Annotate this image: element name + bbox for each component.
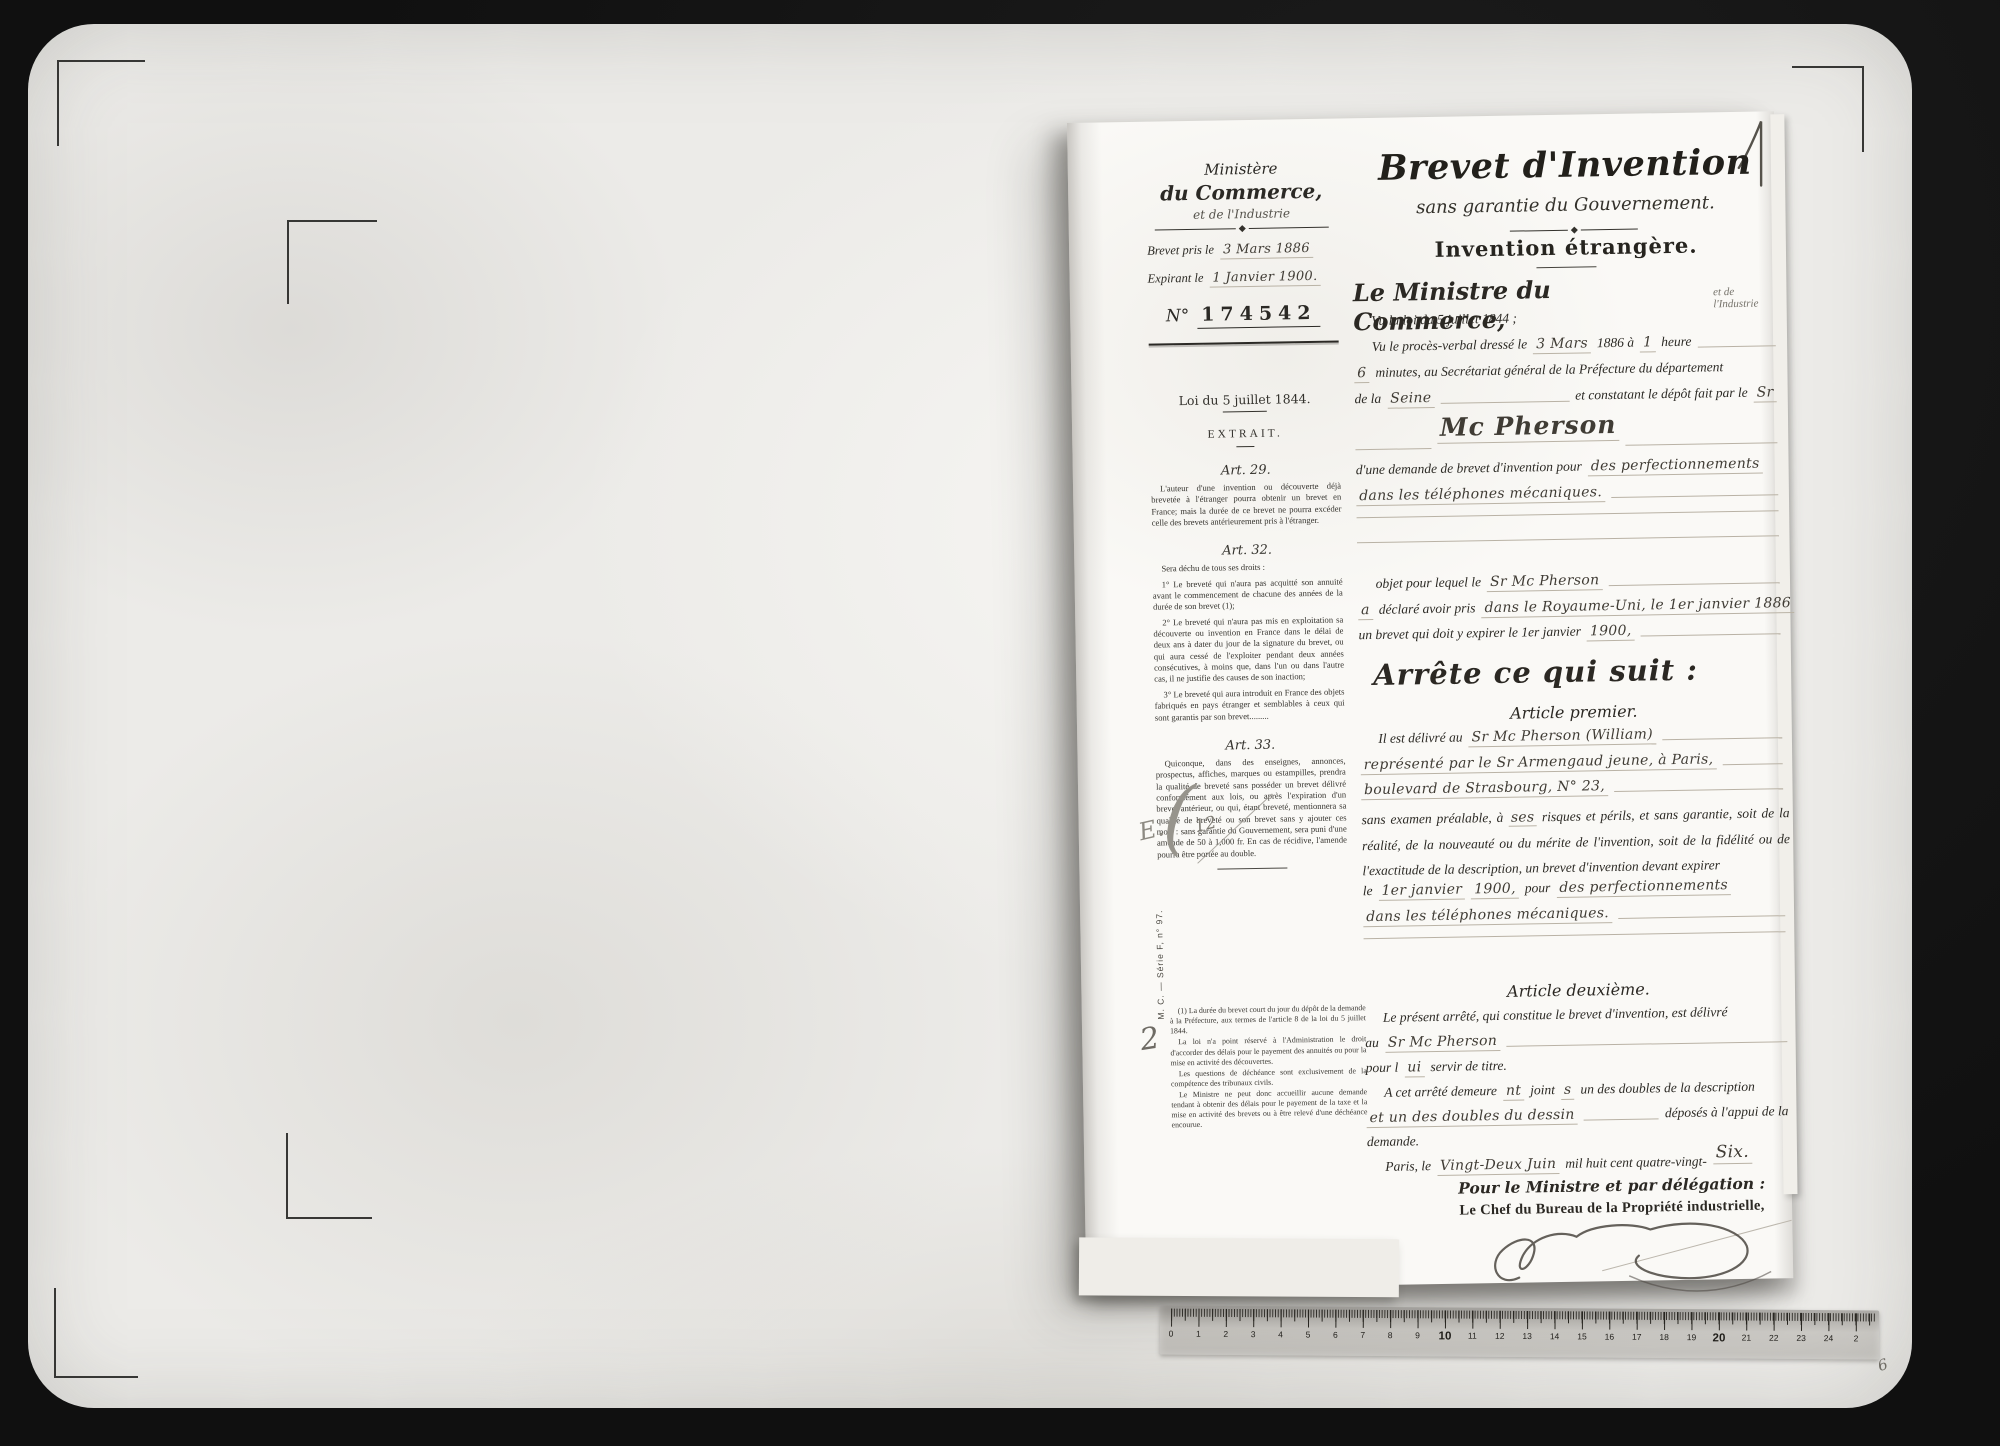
ruler-number: 5 <box>1306 1330 1311 1340</box>
ruler-number: 6 <box>1333 1330 1338 1340</box>
handwritten-text: s <box>1561 1082 1575 1100</box>
rule <box>1236 446 1254 447</box>
corner-mark-outer-bottom-left <box>54 1288 138 1378</box>
body-line: adéclaré avoir prisdans le Royaume-Uni, … <box>1358 595 1786 620</box>
ministry-line-1: Ministère <box>1146 159 1336 180</box>
main-text-column: Brevet d'Invention sans garantie du Gouv… <box>1350 111 1797 1285</box>
rule-fill <box>1608 581 1779 586</box>
printed-text: Paris, le <box>1385 1158 1431 1175</box>
blank-rule-line <box>1357 509 1785 522</box>
ruler-number: 4 <box>1278 1329 1283 1339</box>
printed-text: d'une demande de brevet d'invention pour <box>1356 459 1582 479</box>
handwritten-text: et un des doubles du dessin <box>1366 1107 1577 1128</box>
printed-text: le <box>1363 883 1373 899</box>
ruler-number: 14 <box>1550 1331 1560 1341</box>
handwritten-text: 1900, <box>1587 623 1635 642</box>
measurement-ruler: 0123456789101112131415161718192021222324… <box>1160 1305 1879 1359</box>
rule-fill <box>1364 930 1786 939</box>
ruler-number: 0 <box>1169 1329 1174 1339</box>
body-line: objet pour lequel leSr Mc Pherson <box>1358 569 1786 594</box>
body-line: un brevet qui doit y expirer le 1er janv… <box>1358 620 1786 645</box>
handwritten-text: représenté par le Sr Armengaud jeune, à … <box>1361 751 1717 775</box>
patent-document-page: Ministère du Commerce, et de l'Industrie… <box>1067 111 1793 1290</box>
ornament-divider <box>1510 227 1638 234</box>
invention-category: Invention étrangère. <box>1352 231 1780 263</box>
printed-text: servir de titre. <box>1430 1058 1507 1075</box>
corner-mark-inner-top-left <box>287 220 377 304</box>
article-32-heading: Art. 32. <box>1152 542 1342 560</box>
ruler-number: 9 <box>1415 1330 1420 1340</box>
handwritten-text: des perfectionnements <box>1556 877 1731 898</box>
printed-text: déclaré avoir pris <box>1379 600 1476 618</box>
delegation-line: Pour le Ministre et par délégation : <box>1428 1173 1796 1198</box>
paragraph: (1) La durée du brevet court du jour du … <box>1170 1003 1366 1037</box>
ruler-number: 1 <box>1196 1329 1201 1339</box>
handwritten-text: ses <box>1509 809 1537 826</box>
printed-text: 1886 à <box>1597 335 1634 352</box>
corner-mark-inner-bottom-left <box>286 1133 372 1219</box>
ruler-number: 20 <box>1713 1332 1726 1344</box>
ruler-number: 11 <box>1468 1331 1477 1341</box>
rule <box>1217 867 1287 869</box>
handwritten-text: a <box>1358 602 1373 620</box>
ruler-number: 2 <box>1223 1329 1228 1339</box>
rule-fill <box>1626 441 1778 446</box>
left-margin-column: Ministère du Commerce, et de l'Industrie… <box>1145 119 1354 1282</box>
patentee-name-line: Mc Pherson <box>1355 407 1784 454</box>
pencil-mark-2: 2 <box>1138 1020 1162 1058</box>
ministry-line-3: et de l'Industrie <box>1146 206 1336 223</box>
handwritten-text: 6 <box>1354 365 1370 383</box>
ruler-number: 8 <box>1388 1330 1393 1340</box>
rule-fill <box>1722 762 1782 765</box>
body-line: représenté par le Sr Armengaud jeune, à … <box>1361 750 1789 775</box>
printed-text: pour <box>1525 880 1551 896</box>
printed-text: Brevet pris le <box>1147 243 1214 259</box>
expirant-line: Expirant le1 Janvier 1900. <box>1147 269 1337 289</box>
ruler-number: 7 <box>1360 1330 1365 1340</box>
article-33-heading: Art. 33. <box>1155 736 1345 754</box>
handwritten-text: dans les téléphones mécaniques. <box>1356 484 1605 506</box>
printed-text: Vu le procès-verbal dressé le <box>1372 336 1528 355</box>
article-1-heading: Article premier. <box>1360 699 1788 725</box>
document-subtitle: sans garantie du Gouvernement. <box>1351 191 1779 219</box>
printed-text: minutes, au Secrétariat général de la Pr… <box>1375 359 1723 381</box>
rule-fill <box>1506 1040 1787 1047</box>
rule-fill <box>1357 534 1779 543</box>
body-line: et un des doubles du dessindéposés à l'a… <box>1366 1103 1794 1128</box>
handwritten-text: 3 Mars 1886 <box>1220 241 1313 260</box>
handwritten-text: 1er janvier <box>1378 882 1465 901</box>
handwritten-text: boulevard de Strasbourg, N° 23, <box>1361 778 1608 800</box>
printed-text: mil huit cent quatre-vingt- <box>1565 1154 1707 1172</box>
ruler-number: 3 <box>1251 1329 1256 1339</box>
handwritten-text: 1900, <box>1471 881 1519 900</box>
rule-fill <box>1641 632 1781 636</box>
ruler-number: 18 <box>1659 1332 1669 1342</box>
rule-fill <box>1618 914 1785 919</box>
ruler-number: 2 <box>1854 1333 1859 1343</box>
paragraph: 2° Le breveté qui n'aura pas mis en expl… <box>1153 614 1344 685</box>
arrete-heading: Arrête ce qui suit : <box>1373 653 1698 692</box>
ruler-number: 22 <box>1769 1333 1779 1343</box>
printed-text: pour l <box>1366 1060 1399 1077</box>
ruler-number: 12 <box>1495 1331 1505 1341</box>
printed-text: Vu la loi du 5 juillet 1844 ; <box>1371 311 1517 329</box>
printed-text: sans examen préalable, à <box>1361 810 1503 827</box>
ministry-stamp-block: Ministère du Commerce, et de l'Industrie… <box>1146 159 1339 346</box>
ruler-number: 24 <box>1824 1333 1834 1343</box>
handwritten-text: Mc Pherson <box>1437 410 1620 444</box>
body-line: Le présent arrêté, qui constitue le brev… <box>1365 1003 1793 1026</box>
paragraph: Le Ministre ne peut donc accueillir aucu… <box>1171 1087 1368 1131</box>
ruler-ticks <box>1171 1309 1875 1332</box>
ruler-numbers: 0123456789101112131415161718192021222324… <box>1171 1329 1879 1350</box>
body-line: Vu le procès-verbal dressé le3 Mars1886 … <box>1354 332 1782 357</box>
handwritten-text: dans les téléphones mécaniques. <box>1363 905 1612 927</box>
body-line: A cet arrêté demeurentjointsun des doubl… <box>1366 1078 1794 1103</box>
heavy-rule <box>1149 341 1339 346</box>
ornament-divider <box>1155 225 1329 233</box>
printed-text: A cet arrêté demeure <box>1384 1083 1497 1101</box>
body-line: auSr Mc Pherson <box>1365 1028 1793 1053</box>
paragraph: La loi n'a point réservé à l'Administrat… <box>1170 1035 1366 1069</box>
article-29-heading: Art. 29. <box>1151 462 1341 480</box>
printed-text: un des doubles de la description <box>1580 1079 1755 1098</box>
printed-text: et constatant le dépôt fait par le <box>1575 385 1748 404</box>
handwritten-text: dans le Royaume-Uni, le 1er janvier 1886 <box>1481 595 1794 618</box>
printed-text: de la <box>1354 391 1381 407</box>
rule-fill <box>1357 509 1779 518</box>
rule-fill <box>1584 1117 1659 1120</box>
corner-mark-outer-top-left <box>57 60 145 146</box>
article-2-heading: Article deuxième. <box>1364 977 1792 1003</box>
ruler-number: 13 <box>1522 1331 1532 1341</box>
rule-fill <box>1611 493 1778 498</box>
handwritten-text: 3 Mars <box>1533 335 1591 354</box>
form-series-imprint: M. C. — Série F, n° 97. <box>1154 909 1166 1019</box>
archival-photo: 6 Ministère du Commerce, et de l'Industr… <box>0 0 2000 1446</box>
ruler-number: 17 <box>1632 1332 1642 1342</box>
rule-fill <box>1662 736 1782 740</box>
body-line: d'une demande de brevet d'invention pour… <box>1356 455 1784 480</box>
handwritten-text: 1 Janvier 1900. <box>1209 269 1320 288</box>
rule <box>1536 266 1596 268</box>
handwritten-text: Seine <box>1387 390 1434 409</box>
ruler-number: 15 <box>1577 1331 1587 1341</box>
body-line: de laSeineet constatant le dépôt fait pa… <box>1354 384 1782 409</box>
printed-text: demande. <box>1367 1133 1419 1150</box>
printed-text: objet pour lequel le <box>1376 574 1482 592</box>
handwritten-text: Sr Mc Pherson <box>1385 1033 1501 1053</box>
paragraph: Les questions de déchéance sont exclusiv… <box>1171 1066 1367 1089</box>
corner-mark-top-right <box>1792 66 1864 152</box>
signature-flourish-icon <box>1478 1213 1779 1304</box>
handwritten-text: ui <box>1404 1059 1424 1077</box>
body-line: dans les téléphones mécaniques. <box>1356 481 1784 506</box>
handwritten-text: Vingt-Deux Juin <box>1437 1156 1559 1176</box>
body-line: 6minutes, au Secrétariat général de la P… <box>1354 358 1782 383</box>
article-32-intro: Sera déchu de tous ses droits : <box>1152 561 1342 575</box>
ruler-number: 10 <box>1439 1330 1452 1342</box>
printed-text: déposés à l'appui de la <box>1665 1103 1789 1121</box>
body-line: pour luiservir de titre. <box>1366 1053 1794 1078</box>
ruler-number: 21 <box>1742 1333 1752 1343</box>
handwritten-text: des perfectionnements <box>1588 456 1763 477</box>
handwritten-text: Sr Mc Pherson (William) <box>1468 726 1656 747</box>
blank-rule-line <box>1357 534 1785 547</box>
ministry-line-2: du Commerce, <box>1146 179 1336 206</box>
printed-text: joint <box>1530 1082 1555 1098</box>
patent-number-label: N° <box>1166 306 1190 326</box>
rule-fill <box>1355 447 1431 450</box>
printed-text: Expirant le <box>1147 271 1203 287</box>
printed-text: Il est délivré au <box>1378 730 1463 747</box>
printed-text: Le présent arrêté, qui constitue le brev… <box>1383 1004 1728 1026</box>
ruler-number: 19 <box>1687 1332 1697 1342</box>
ruler-number: 23 <box>1796 1333 1806 1343</box>
body-line: dans les téléphones mécaniques. <box>1363 902 1791 927</box>
guarantee-paragraph: sans examen préalable, à ses risques et … <box>1361 800 1790 883</box>
document-title: Brevet d'Invention <box>1350 141 1779 189</box>
patent-number-value: 174542 <box>1197 302 1321 329</box>
rule-fill <box>1698 344 1776 347</box>
handwritten-text: 1 <box>1640 334 1656 352</box>
handwritten-text: nt <box>1503 1083 1525 1101</box>
law-title: Loi du 5 juillet 1844. <box>1149 391 1339 409</box>
paragraph: 1° Le breveté qui n'aura pas acquitté so… <box>1153 576 1344 613</box>
body-line: boulevard de Strasbourg, N° 23, <box>1361 775 1789 800</box>
signature <box>1478 1213 1779 1309</box>
printed-text: au <box>1365 1035 1379 1051</box>
handwritten-text: Sr Mc Pherson <box>1487 572 1603 592</box>
handwritten-text: Sr <box>1754 384 1777 402</box>
printed-text: un brevet qui doit y expirer le 1er janv… <box>1358 624 1581 644</box>
body-line: Il est délivré auSr Mc Pherson (William) <box>1360 724 1788 749</box>
paragraph: 3° Le breveté qui aura introduit en Fran… <box>1154 686 1345 723</box>
article-29-text: L'auteur d'une invention ou découverte d… <box>1151 481 1342 530</box>
blank-rule-line <box>1364 930 1792 943</box>
rule-fill <box>1440 400 1569 404</box>
rule-fill <box>1614 787 1783 792</box>
brevet-pris-line: Brevet pris le3 Mars 1886 <box>1147 241 1337 261</box>
ruler-number: 16 <box>1605 1332 1615 1342</box>
printed-text: heure <box>1661 334 1692 350</box>
patent-number-line: N° 174542 <box>1148 302 1338 330</box>
article-32-items: 1° Le breveté qui n'aura pas acquitté so… <box>1153 576 1345 723</box>
rule <box>1223 411 1267 413</box>
footnote-block: (1) La durée du brevet court du jour du … <box>1170 1002 1368 1132</box>
extract-heading: EXTRAIT. <box>1150 427 1340 442</box>
handwritten-text: Six. <box>1713 1142 1753 1165</box>
